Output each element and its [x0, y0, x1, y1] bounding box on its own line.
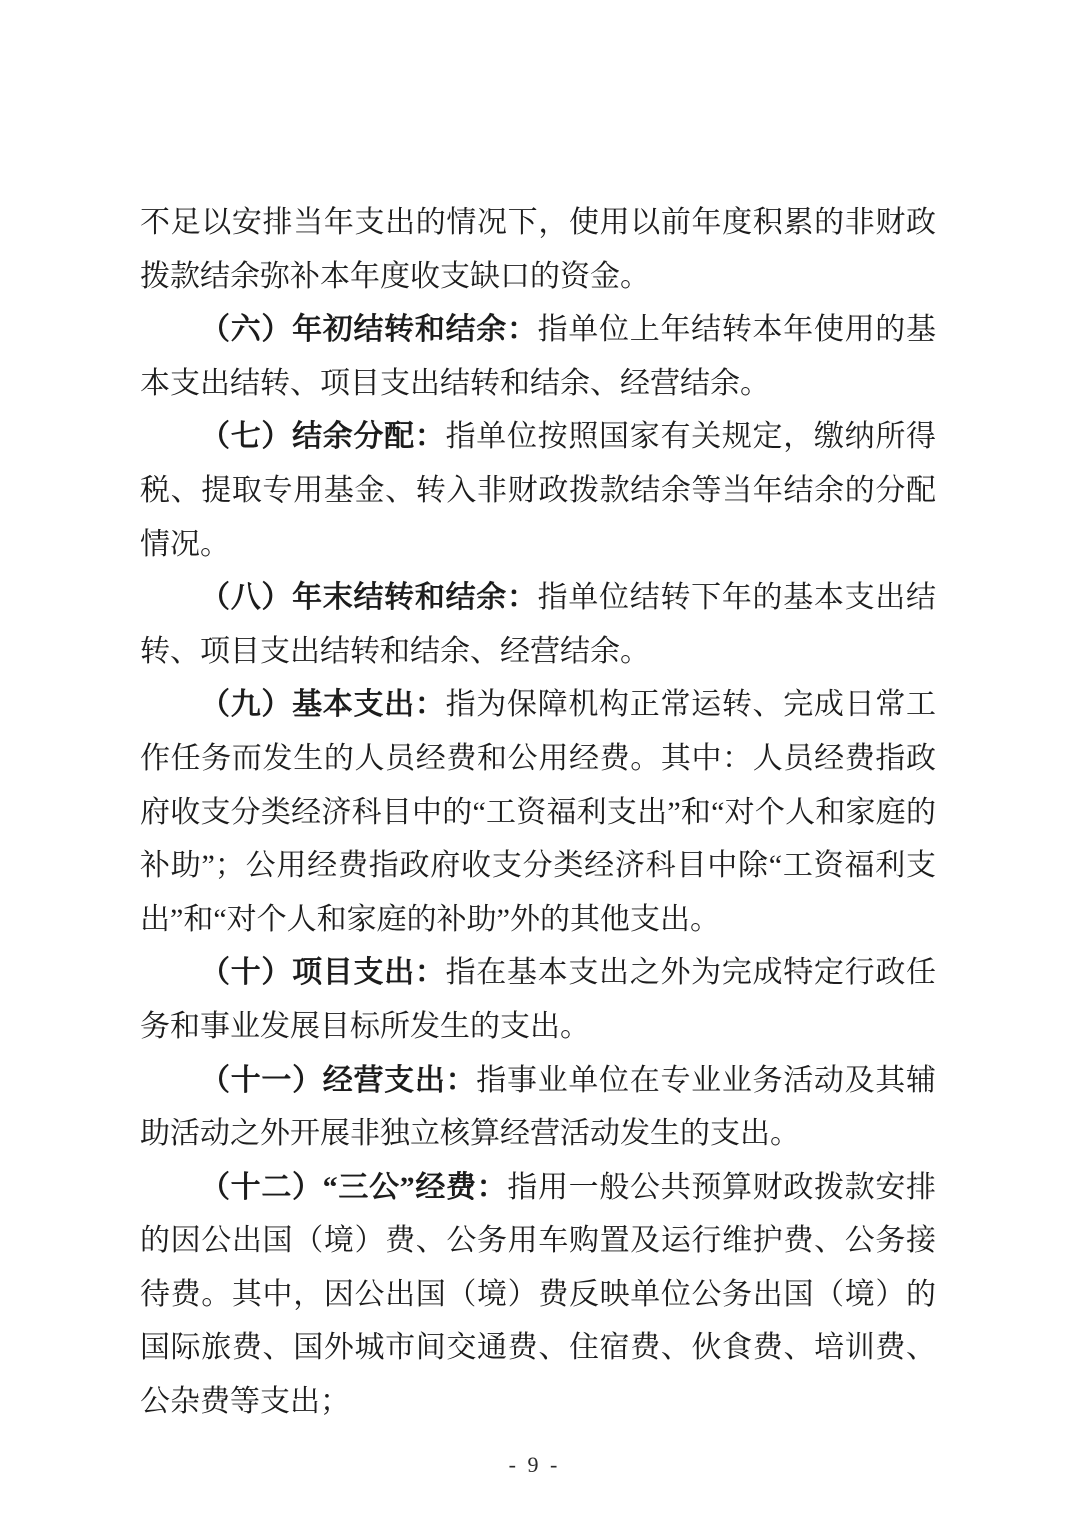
- page-number: - 9 -: [509, 1452, 561, 1477]
- paragraph-text: 不足以安排当年支出的情况下，使用以前年度积累的非财政拨款结余弥补本年度收支缺口的…: [140, 206, 936, 293]
- paragraph-text: 指为保障机构正常运转、完成日常工作任务而发生的人员经费和公用经费。其中：人员经费…: [140, 688, 936, 935]
- paragraph-heading: （十二）“三公”经费：: [200, 1171, 507, 1204]
- paragraph: （九）基本支出：指为保障机构正常运转、完成日常工作任务而发生的人员经费和公用经费…: [140, 678, 936, 946]
- paragraph-heading: （十）项目支出：: [200, 956, 446, 989]
- paragraph-text: 指用一般公共预算财政拨款安排的因公出国（境）费、公务用车购置及运行维护费、公务接…: [140, 1171, 936, 1418]
- paragraph: （八）年末结转和结余：指单位结转下年的基本支出结转、项目支出结转和结余、经营结余…: [140, 571, 936, 678]
- paragraph-heading: （九）基本支出：: [200, 688, 446, 721]
- paragraph: （十二）“三公”经费：指用一般公共预算财政拨款安排的因公出国（境）费、公务用车购…: [140, 1161, 936, 1429]
- paragraph: （七）结余分配：指单位按照国家有关规定，缴纳所得税、提取专用基金、转入非财政拨款…: [140, 410, 936, 571]
- document-page: 不足以安排当年支出的情况下，使用以前年度积累的非财政拨款结余弥补本年度收支缺口的…: [0, 0, 1069, 1515]
- page-footer: - 9 -: [0, 1452, 1069, 1478]
- paragraph: （十一）经营支出：指事业单位在专业业务活动及其辅助活动之外开展非独立核算经营活动…: [140, 1054, 936, 1161]
- paragraph: （六）年初结转和结余：指单位上年结转本年使用的基本支出结转、项目支出结转和结余、…: [140, 303, 936, 410]
- paragraph-heading: （十一）经营支出：: [200, 1064, 476, 1097]
- paragraph-heading: （八）年末结转和结余：: [200, 581, 538, 614]
- paragraph: 不足以安排当年支出的情况下，使用以前年度积累的非财政拨款结余弥补本年度收支缺口的…: [140, 196, 936, 303]
- paragraph: （十）项目支出：指在基本支出之外为完成特定行政任务和事业发展目标所发生的支出。: [140, 946, 936, 1053]
- paragraph-heading: （七）结余分配：: [200, 420, 446, 453]
- paragraph-heading: （六）年初结转和结余：: [200, 313, 538, 346]
- document-body: 不足以安排当年支出的情况下，使用以前年度积累的非财政拨款结余弥补本年度收支缺口的…: [140, 196, 936, 1429]
